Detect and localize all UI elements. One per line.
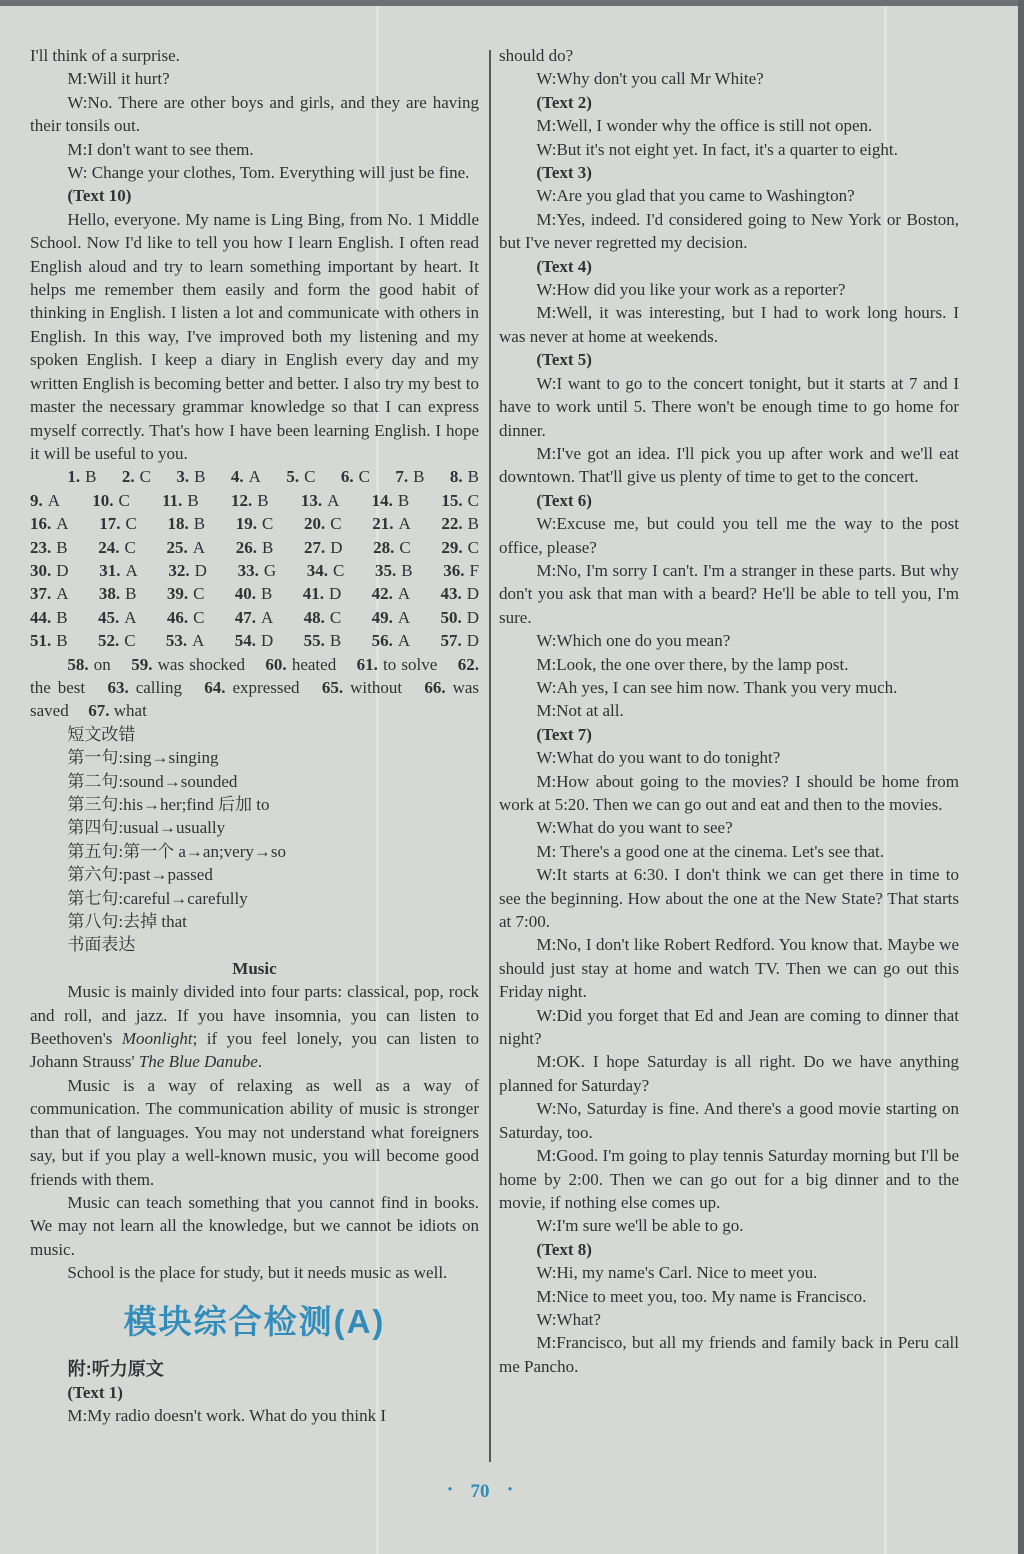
answer-choice: A <box>193 538 205 557</box>
answer-item: 41.D <box>303 582 342 605</box>
answer-choice: A <box>124 608 136 627</box>
answer-item: 21.A <box>372 512 411 535</box>
fill-answer: 65. without <box>322 678 425 697</box>
fill-answer: 59. was shocked <box>131 655 265 674</box>
answer-number: 51. <box>30 631 51 650</box>
answer-choice: B <box>330 631 341 650</box>
scanned-page: I'll think of a surprise.M:Will it hurt?… <box>0 0 1024 1554</box>
answer-choice: A <box>249 467 261 486</box>
answer-item: 23.B <box>30 536 68 559</box>
answer-choice: D <box>467 631 479 650</box>
answer-choice: A <box>398 584 410 603</box>
correction-line: 第二句:sound→sounded <box>30 770 479 793</box>
dialog-line: M:Will it hurt? <box>30 67 479 90</box>
answer-item: 13.A <box>301 489 340 512</box>
answer-number: 40. <box>235 584 256 603</box>
answer-number: 55. <box>304 631 325 650</box>
answer-number: 31. <box>99 561 120 580</box>
answer-choice: B <box>125 584 136 603</box>
dialog-line: M:OK. I hope Saturday is all right. Do w… <box>499 1050 959 1097</box>
dialog-line: M: There's a good one at the cinema. Let… <box>499 840 959 863</box>
dialog-line: W:Ah yes, I can see him now. Thank you v… <box>499 676 959 699</box>
left-column: I'll think of a surprise.M:Will it hurt?… <box>30 44 479 1427</box>
answer-number: 49. <box>372 608 393 627</box>
answer-choice: B <box>194 467 205 486</box>
dialog-line: (Text 7) <box>499 723 959 746</box>
answer-choice: D <box>330 538 342 557</box>
footer-dot: · <box>507 1477 514 1501</box>
answer-row: 9.A10.C11.B12.B13.A14.B15.C <box>30 489 479 512</box>
answer-choice: C <box>125 514 136 533</box>
essay-segment: School is the place for study, but it ne… <box>67 1263 447 1282</box>
answer-choice: C <box>333 561 344 580</box>
answer-item: 43.D <box>440 582 479 605</box>
answer-number: 29. <box>441 538 462 557</box>
answer-item: 54.D <box>235 629 274 652</box>
answer-choice: C <box>262 514 273 533</box>
essay-segment: Music is a way of relaxing as well as a … <box>30 1076 479 1189</box>
dialog-line: M:Good. I'm going to play tennis Saturda… <box>499 1144 959 1214</box>
answer-number: 39. <box>167 584 188 603</box>
answer-number: 53. <box>166 631 187 650</box>
answer-item: 22.B <box>441 512 479 535</box>
answer-number: 24. <box>98 538 119 557</box>
answer-choice: D <box>467 608 479 627</box>
answer-item: 20.C <box>304 512 342 535</box>
dialog-line: W:What do you want to see? <box>499 816 959 839</box>
answer-number: 30. <box>30 561 51 580</box>
dialog-line: (Text 8) <box>499 1238 959 1261</box>
answer-item: 42.A <box>372 582 411 605</box>
answer-number: 6. <box>341 467 354 486</box>
answer-choice: A <box>192 631 204 650</box>
dialog-line: (Text 3) <box>499 161 959 184</box>
dialog-line: M:Yes, indeed. I'd considered going to N… <box>499 208 959 255</box>
answer-row: 16.A17.C18.B19.C20.C21.A22.B <box>30 512 479 535</box>
dialog-line: W:Did you forget that Ed and Jean are co… <box>499 1004 959 1051</box>
dialog-line: M:Nice to meet you, too. My name is Fran… <box>499 1285 959 1308</box>
answer-number: 10. <box>92 491 113 510</box>
answer-item: 26.B <box>236 536 274 559</box>
answer-item: 55.B <box>304 629 342 652</box>
answer-choice: A <box>48 491 60 510</box>
answer-number: 22. <box>441 514 462 533</box>
answer-number: 45. <box>98 608 119 627</box>
answer-choice: C <box>193 608 204 627</box>
answer-item: 51.B <box>30 629 68 652</box>
dialog-line: W:No, Saturday is fine. And there's a go… <box>499 1097 959 1144</box>
dialog-line: M:No, I don't like Robert Redford. You k… <box>499 933 959 1003</box>
fill-answer-number: 61. <box>357 655 378 674</box>
answer-number: 37. <box>30 584 51 603</box>
dialog-line: M:I don't want to see them. <box>30 138 479 161</box>
correction-line: 第五句:第一个 a→an;very→so <box>30 840 479 863</box>
answer-item: 19.C <box>236 512 274 535</box>
answer-number: 33. <box>238 561 259 580</box>
essay: Music is mainly divided into four parts:… <box>30 980 479 1284</box>
fill-answer-value: to solve <box>383 655 437 674</box>
dialog-line: M:My radio doesn't work. What do you thi… <box>30 1404 479 1427</box>
text1-heading: (Text 1) <box>30 1381 479 1404</box>
answer-number: 5. <box>286 467 299 486</box>
answer-number: 16. <box>30 514 51 533</box>
answer-choice: A <box>327 491 339 510</box>
answer-choice: D <box>261 631 273 650</box>
essay-segment: The Blue Danube <box>139 1052 258 1071</box>
answer-choice: B <box>56 538 67 557</box>
dialog-line: W:Why don't you call Mr White? <box>499 67 959 90</box>
writing-heading: 书面表达 <box>30 933 479 956</box>
answer-item: 12.B <box>231 489 269 512</box>
answer-choice: A <box>398 608 410 627</box>
text10-heading: (Text 10) <box>30 184 479 207</box>
answer-number: 9. <box>30 491 43 510</box>
answer-number: 41. <box>303 584 324 603</box>
essay-segment: . <box>258 1052 262 1071</box>
answer-choice: C <box>468 491 479 510</box>
answer-number: 35. <box>375 561 396 580</box>
dialog-line: should do? <box>499 44 959 67</box>
answer-choice: B <box>261 584 272 603</box>
essay-paragraph: Music is a way of relaxing as well as a … <box>30 1074 479 1191</box>
answer-item: 3.B <box>176 465 205 488</box>
correction-heading: 短文改错 <box>30 723 479 746</box>
fill-answer-value: expressed <box>233 678 300 697</box>
dialog-line: (Text 2) <box>499 91 959 114</box>
answer-row: 51.B52.C53.A54.D55.B56.A57.D <box>30 629 479 652</box>
answer-item: 39.C <box>167 582 205 605</box>
answer-item: 14.B <box>372 489 410 512</box>
answer-number: 46. <box>167 608 188 627</box>
fill-answer-number: 64. <box>204 678 225 697</box>
answer-choice: B <box>401 561 412 580</box>
fill-answer: 67. what <box>88 701 162 720</box>
answer-number: 34. <box>307 561 328 580</box>
answer-number: 36. <box>443 561 464 580</box>
answer-choice: C <box>359 467 370 486</box>
fill-answer-number: 63. <box>107 678 128 697</box>
answer-number: 1. <box>67 467 80 486</box>
answer-item: 2.C <box>122 465 151 488</box>
dialog-line: W:Hi, my name's Carl. Nice to meet you. <box>499 1261 959 1284</box>
module-heading: 模块综合检测(A) <box>30 1300 479 1344</box>
essay-segment: Music can teach something that you canno… <box>30 1193 479 1259</box>
answer-choice: A <box>56 514 68 533</box>
answer-number: 42. <box>372 584 393 603</box>
fill-answer-number: 65. <box>322 678 343 697</box>
answer-number: 57. <box>440 631 461 650</box>
essay-paragraph: School is the place for study, but it ne… <box>30 1261 479 1284</box>
dialog-line: W:Which one do you mean? <box>499 629 959 652</box>
answer-item: 31.A <box>99 559 138 582</box>
answer-item: 25.A <box>167 536 206 559</box>
answer-item: 50.D <box>440 606 479 629</box>
dialog-line: W:How did you like your work as a report… <box>499 278 959 301</box>
answer-number: 56. <box>372 631 393 650</box>
answer-number: 32. <box>168 561 189 580</box>
answer-number: 18. <box>167 514 188 533</box>
answer-number: 43. <box>440 584 461 603</box>
dialog-line: W:I'm sure we'll be able to go. <box>499 1214 959 1237</box>
answer-item: 27.D <box>304 536 343 559</box>
answer-item: 18.B <box>167 512 205 535</box>
answer-choice: B <box>56 608 67 627</box>
fill-answer-number: 59. <box>131 655 152 674</box>
answer-item: 33.G <box>238 559 277 582</box>
answer-number: 11. <box>162 491 182 510</box>
answer-item: 47.A <box>235 606 274 629</box>
answer-item: 38.B <box>99 582 137 605</box>
answer-row: 23.B24.C25.A26.B27.D28.C29.C <box>30 536 479 559</box>
fill-answer: 60. heated <box>265 655 356 674</box>
fill-answer-value: without <box>350 678 402 697</box>
dialog-line: M:Well, I wonder why the office is still… <box>499 114 959 137</box>
correction-line: 第四句:usual→usually <box>30 816 479 839</box>
answer-number: 15. <box>441 491 462 510</box>
fill-answers: 58. on 59. was shocked 60. heated 61. to… <box>30 653 479 723</box>
answer-item: 36.F <box>443 559 479 582</box>
answer-item: 28.C <box>373 536 411 559</box>
dialog-line: (Text 6) <box>499 489 959 512</box>
answer-item: 10.C <box>92 489 130 512</box>
essay-title: Music <box>30 957 479 980</box>
answer-item: 5.C <box>286 465 315 488</box>
fill-answer-number: 67. <box>88 701 109 720</box>
dialog-top: I'll think of a surprise.M:Will it hurt?… <box>30 44 479 184</box>
answer-choice: B <box>85 467 96 486</box>
page-number: 70 <box>471 1481 490 1502</box>
answer-item: 45.A <box>98 606 137 629</box>
answer-number: 14. <box>372 491 393 510</box>
answer-choice: C <box>140 467 151 486</box>
dialog-line: W:Are you glad that you came to Washingt… <box>499 184 959 207</box>
listening-script-heading: 附:听力原文 <box>30 1357 479 1381</box>
answer-row: 44.B45.A46.C47.A48.C49.A50.D <box>30 606 479 629</box>
answer-number: 2. <box>122 467 135 486</box>
page-footer: ·70· <box>0 1478 960 1503</box>
answer-number: 25. <box>167 538 188 557</box>
fill-answer: 61. to solve <box>357 655 458 674</box>
dialog-line: M:Well, it was interesting, but I had to… <box>499 301 959 348</box>
column-divider <box>489 50 491 1462</box>
answer-number: 19. <box>236 514 257 533</box>
fill-answer: 63. calling <box>107 678 204 697</box>
essay-paragraph: Music can teach something that you canno… <box>30 1191 479 1261</box>
answer-number: 13. <box>301 491 322 510</box>
dialog-line: M:Francisco, but all my friends and fami… <box>499 1331 959 1378</box>
answer-item: 57.D <box>440 629 479 652</box>
answer-number: 38. <box>99 584 120 603</box>
answer-row: 37.A38.B39.C40.B41.D42.A43.D <box>30 582 479 605</box>
answer-number: 28. <box>373 538 394 557</box>
answer-item: 7.B <box>395 465 424 488</box>
listening-passage: Hello, everyone. My name is Ling Bing, f… <box>30 208 479 465</box>
dialog-line: M:I've got an idea. I'll pick you up aft… <box>499 442 959 489</box>
right-column: should do?W:Why don't you call Mr White?… <box>499 44 959 1378</box>
answer-item: 4.A <box>231 465 261 488</box>
dialog-line: W: Change your clothes, Tom. Everything … <box>30 161 479 184</box>
answer-item: 56.A <box>372 629 411 652</box>
dialog-line: W:I want to go to the concert tonight, b… <box>499 372 959 442</box>
answer-choice: B <box>56 631 67 650</box>
answer-item: 1.B <box>67 465 96 488</box>
answer-number: 27. <box>304 538 325 557</box>
fill-answer-value: on <box>94 655 111 674</box>
answer-choice: B <box>413 467 424 486</box>
answer-number: 17. <box>99 514 120 533</box>
answer-choice: G <box>264 561 276 580</box>
answer-choice: B <box>187 491 198 510</box>
answer-choice: F <box>470 561 479 580</box>
answer-item: 48.C <box>304 606 342 629</box>
essay-paragraph: Music is mainly divided into four parts:… <box>30 980 479 1074</box>
answer-choice: A <box>125 561 137 580</box>
answer-number: 54. <box>235 631 256 650</box>
answer-number: 23. <box>30 538 51 557</box>
dialog-line: (Text 4) <box>499 255 959 278</box>
scan-right-edge <box>1018 0 1024 1554</box>
fill-answer-number: 58. <box>67 655 88 674</box>
answer-choice: C <box>399 538 410 557</box>
answer-choice: B <box>194 514 205 533</box>
answer-choice: D <box>56 561 68 580</box>
answer-item: 35.B <box>375 559 413 582</box>
answer-number: 26. <box>236 538 257 557</box>
correction-line: 第三句:his→her;find 后加 to <box>30 793 479 816</box>
fill-answer-number: 62. <box>458 655 479 674</box>
answer-choice: C <box>119 491 130 510</box>
answer-choice: C <box>330 608 341 627</box>
answer-item: 9.A <box>30 489 60 512</box>
dialog-line: W:But it's not eight yet. In fact, it's … <box>499 138 959 161</box>
answer-number: 44. <box>30 608 51 627</box>
answer-number: 8. <box>450 467 463 486</box>
answer-item: 30.D <box>30 559 69 582</box>
answer-number: 50. <box>440 608 461 627</box>
dialog-line: M:Look, the one over there, by the lamp … <box>499 653 959 676</box>
answer-item: 40.B <box>235 582 273 605</box>
fill-answer-value: calling <box>136 678 182 697</box>
answer-choice: D <box>195 561 207 580</box>
answer-choice: C <box>193 584 204 603</box>
answer-number: 47. <box>235 608 256 627</box>
answer-choice: C <box>304 467 315 486</box>
fill-answer-value: heated <box>292 655 336 674</box>
answer-number: 48. <box>304 608 325 627</box>
answer-number: 4. <box>231 467 244 486</box>
answer-item: 52.C <box>98 629 136 652</box>
answer-choice: C <box>124 631 135 650</box>
fill-answer-value: what <box>114 701 147 720</box>
answer-choice: A <box>56 584 68 603</box>
dialog-line: W:No. There are other boys and girls, an… <box>30 91 479 138</box>
answer-item: 17.C <box>99 512 137 535</box>
correction-line: 第七句:careful→carefully <box>30 887 479 910</box>
answer-number: 7. <box>395 467 408 486</box>
dialog-line: M:No, I'm sorry I can't. I'm a stranger … <box>499 559 959 629</box>
answer-item: 53.A <box>166 629 205 652</box>
answer-item: 29.C <box>441 536 479 559</box>
answer-item: 32.D <box>168 559 207 582</box>
answer-number: 52. <box>98 631 119 650</box>
answer-item: 15.C <box>441 489 479 512</box>
correction-line: 第八句:去掉 that <box>30 910 479 933</box>
answer-number: 3. <box>176 467 189 486</box>
answer-choice: A <box>398 514 410 533</box>
answer-item: 8.B <box>450 465 479 488</box>
fill-answer-number: 60. <box>265 655 286 674</box>
answer-choice: A <box>398 631 410 650</box>
correction-line: 第一句:sing→singing <box>30 746 479 769</box>
correction-line: 第六句:past→passed <box>30 863 479 886</box>
correction-list: 第一句:sing→singing第二句:sound→sounded第三句:his… <box>30 746 479 933</box>
answer-choice: D <box>329 584 341 603</box>
answer-item: 34.C <box>307 559 345 582</box>
dialog-line: W:What? <box>499 1308 959 1331</box>
answer-grid: 1.B2.C3.B4.A5.C6.C7.B8.B 9.A10.C11.B12.B… <box>30 465 479 652</box>
answer-choice: A <box>261 608 273 627</box>
answer-row: 1.B2.C3.B4.A5.C6.C7.B8.B <box>30 465 479 488</box>
answer-choice: C <box>330 514 341 533</box>
dialog-line: W:It starts at 6:30. I don't think we ca… <box>499 863 959 933</box>
answer-item: 49.A <box>372 606 411 629</box>
answer-choice: B <box>257 491 268 510</box>
answer-number: 21. <box>372 514 393 533</box>
dialog-line: M:Not at all. <box>499 699 959 722</box>
answer-item: 37.A <box>30 582 69 605</box>
answer-choice: B <box>398 491 409 510</box>
answer-item: 16.A <box>30 512 69 535</box>
answer-item: 24.C <box>98 536 136 559</box>
dialog-line: M:How about going to the movies? I shoul… <box>499 770 959 817</box>
answer-item: 6.C <box>341 465 370 488</box>
answer-row: 30.D31.A32.D33.G34.C35.B36.F <box>30 559 479 582</box>
answer-choice: B <box>262 538 273 557</box>
dialog-line: W:What do you want to do tonight? <box>499 746 959 769</box>
dialog-line: (Text 5) <box>499 348 959 371</box>
answer-item: 46.C <box>167 606 205 629</box>
answer-choice: B <box>468 514 479 533</box>
fill-answer-number: 66. <box>424 678 445 697</box>
answer-number: 12. <box>231 491 252 510</box>
scan-top-edge <box>0 0 1024 6</box>
answer-choice: B <box>468 467 479 486</box>
dialog-line: W:Excuse me, but could you tell me the w… <box>499 512 959 559</box>
fill-answer: 58. on <box>67 655 131 674</box>
answer-item: 44.B <box>30 606 68 629</box>
answer-number: 20. <box>304 514 325 533</box>
answer-choice: D <box>467 584 479 603</box>
answer-item: 11.B <box>162 489 199 512</box>
fill-answer: 64. expressed <box>204 678 322 697</box>
answer-choice: C <box>468 538 479 557</box>
fill-answer-value: was shocked <box>158 655 245 674</box>
footer-dot: · <box>446 1477 453 1501</box>
fill-answer-value: the best <box>30 678 85 697</box>
essay-segment: Moonlight <box>122 1029 193 1048</box>
answer-choice: C <box>125 538 136 557</box>
dialog-line: I'll think of a surprise. <box>30 44 479 67</box>
